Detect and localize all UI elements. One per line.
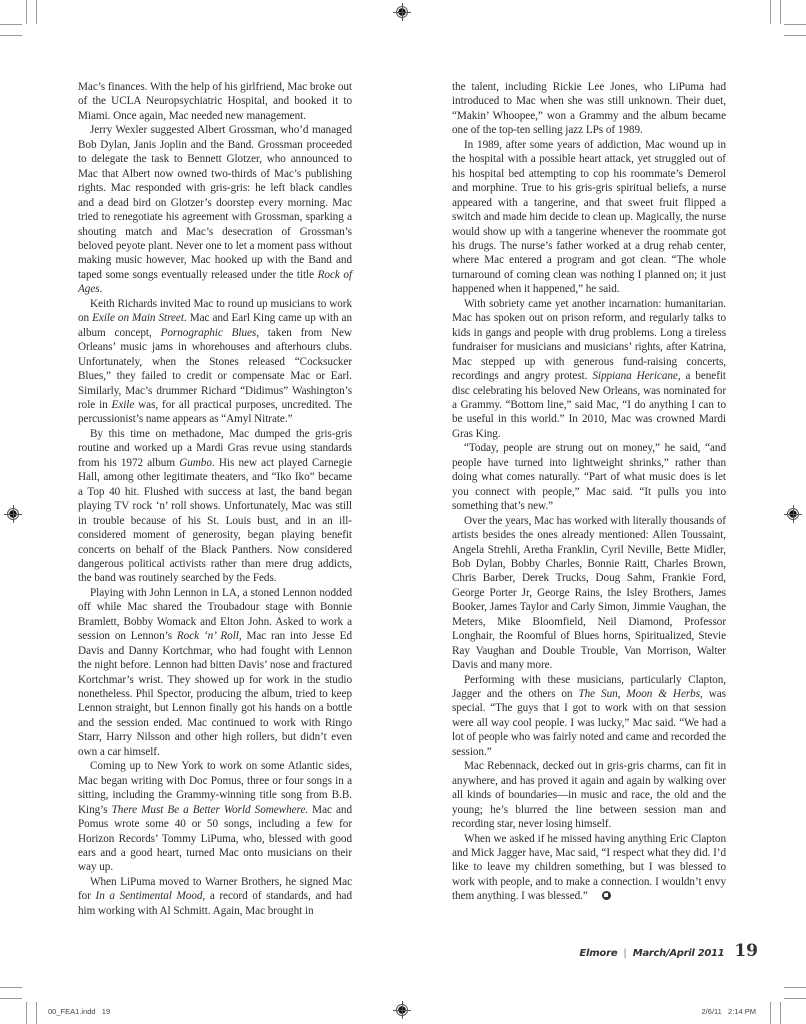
crop-mark	[780, 0, 781, 24]
crop-mark	[0, 24, 22, 25]
article-paragraph: Keith Richards invited Mac to round up m…	[78, 297, 352, 427]
article-paragraph: With sobriety came yet another incarnati…	[452, 297, 726, 442]
italic-title: In a Sentimental Mood,	[96, 890, 206, 902]
folio-separator: |	[623, 948, 626, 959]
paragraph-text: In 1989, after some years of addiction, …	[452, 139, 726, 296]
article-column-right: the talent, including Rickie Lee Jones, …	[452, 80, 726, 904]
article-paragraph: By this time on methadone, Mac dumped th…	[78, 427, 352, 586]
page-folio: Elmore | March/April 2011 19	[579, 941, 758, 961]
article-paragraph: Jerry Wexler suggested Albert Grossman, …	[78, 123, 352, 296]
paragraph-text: , Mac ran into Jesse Ed Davis and Danny …	[78, 630, 352, 758]
paragraph-text: .	[100, 283, 103, 295]
paragraph-text: Jerry Wexler suggested Albert Grossman, …	[78, 124, 352, 281]
crop-mark	[36, 0, 37, 24]
paragraph-text: Over the years, Mac has worked with lite…	[452, 515, 726, 672]
paragraph-text: Mac Rebennack, decked out in gris-gris c…	[452, 760, 726, 830]
paragraph-text: “Today, people are strung out on money,”…	[452, 442, 726, 512]
crop-mark	[784, 35, 806, 36]
slug-timestamp: 2/6/11 2:14 PM	[702, 1007, 756, 1016]
slug-filename: 00_FEA1.indd 19	[48, 1007, 110, 1016]
article-paragraph: When we asked if he missed having anythi…	[452, 832, 726, 904]
crop-mark	[26, 1002, 27, 1024]
article-paragraph: When LiPuma moved to Warner Brothers, he…	[78, 875, 352, 918]
registration-mark-icon	[7, 508, 19, 520]
italic-title: Exile	[112, 399, 135, 411]
italic-title: Gumbo	[179, 457, 212, 469]
crop-mark	[0, 987, 22, 988]
italic-title: Sippiana Hericane	[592, 370, 678, 382]
article-paragraph: Mac’s finances. With the help of his gir…	[78, 80, 352, 123]
article-paragraph: Over the years, Mac has worked with lite…	[452, 514, 726, 673]
crop-mark	[784, 987, 806, 988]
article-paragraph: the talent, including Rickie Lee Jones, …	[452, 80, 726, 138]
article-paragraph: Performing with these musicians, particu…	[452, 673, 726, 760]
italic-title: The Sun, Moon & Herbs	[578, 688, 700, 700]
paragraph-text: . His new act played Carnegie Hall, amon…	[78, 457, 352, 585]
paragraph-text: When we asked if he missed having anythi…	[452, 833, 726, 903]
italic-title: Rock ‘n’ Roll	[177, 630, 239, 642]
crop-mark	[780, 1002, 781, 1024]
crop-mark	[784, 998, 806, 999]
end-of-article-icon	[602, 891, 611, 900]
article-paragraph: Playing with John Lennon in LA, a stoned…	[78, 586, 352, 759]
crop-mark	[770, 1002, 771, 1024]
crop-mark	[784, 24, 806, 25]
issue-date: March/April 2011	[633, 948, 725, 959]
page-number: 19	[734, 941, 758, 961]
magazine-page: Mac’s finances. With the help of his gir…	[0, 0, 806, 1024]
crop-mark	[26, 0, 27, 24]
registration-mark-icon	[396, 6, 408, 18]
italic-title: Pornographic Blues,	[161, 327, 259, 339]
paragraph-text: the talent, including Rickie Lee Jones, …	[452, 81, 726, 136]
crop-mark	[0, 998, 22, 999]
crop-mark	[770, 0, 771, 24]
registration-mark-icon	[396, 1004, 408, 1016]
italic-title: There Must Be a Better World Somewhere.	[112, 804, 308, 816]
italic-title: Exile on Main Street	[92, 312, 184, 324]
article-paragraph: Mac Rebennack, decked out in gris-gris c…	[452, 759, 726, 831]
publication-name: Elmore	[579, 948, 617, 959]
article-paragraph: In 1989, after some years of addiction, …	[452, 138, 726, 297]
article-column-left: Mac’s finances. With the help of his gir…	[78, 80, 352, 918]
registration-mark-icon	[787, 508, 799, 520]
crop-mark	[36, 1002, 37, 1024]
article-paragraph: Coming up to New York to work on some At…	[78, 759, 352, 875]
crop-mark	[0, 35, 22, 36]
paragraph-text: Mac’s finances. With the help of his gir…	[78, 81, 352, 122]
article-paragraph: “Today, people are strung out on money,”…	[452, 441, 726, 513]
